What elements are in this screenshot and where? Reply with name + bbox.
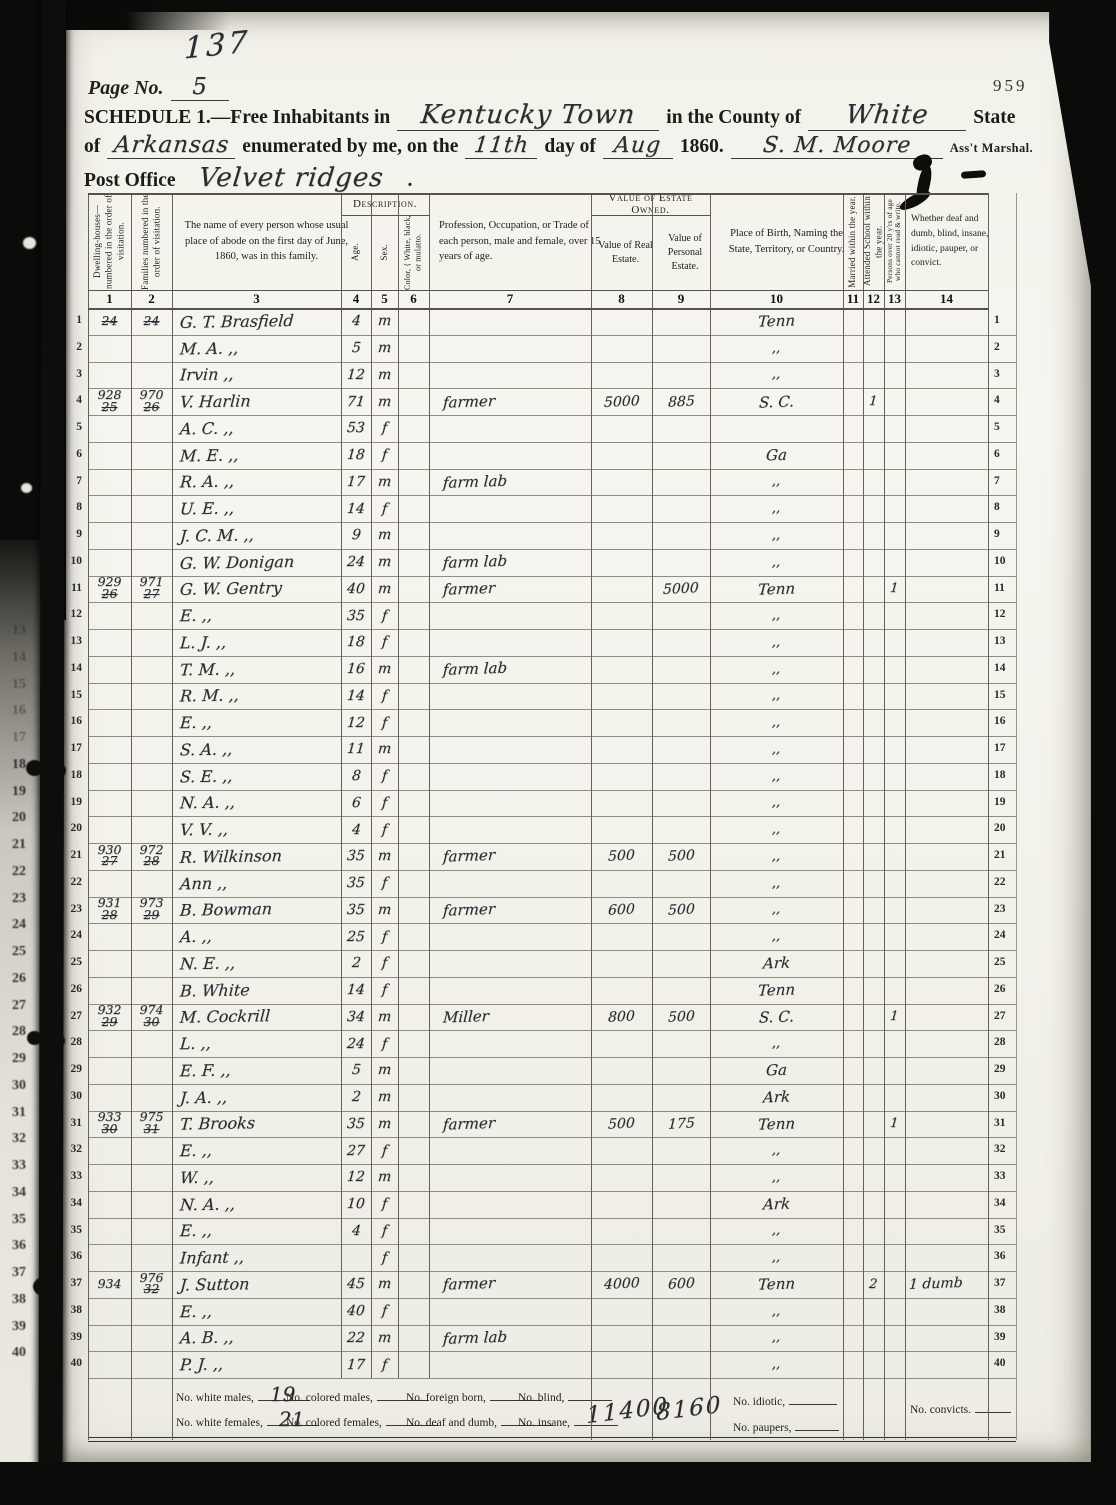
cell-cannot-read [884, 843, 905, 870]
cell-sex: m [371, 736, 398, 763]
cell-personal-estate [652, 522, 710, 549]
cell-age: 25 [341, 923, 371, 950]
grid-vertical-line [905, 193, 906, 1440]
cell-personal-estate [652, 1298, 710, 1325]
cell-age: 12 [341, 1164, 371, 1191]
ghost-row-number: 13 [6, 623, 32, 639]
cell-color [398, 602, 429, 629]
row-number-left: 38 [66, 1304, 82, 1316]
cell-cannot-read [884, 1164, 905, 1191]
post-office-label: Post Office [84, 170, 176, 192]
cell-color [398, 683, 429, 710]
schedule-text-3: State [973, 107, 1015, 129]
cell-sex: m [371, 388, 398, 415]
cell-occupation: farmer [429, 388, 591, 415]
cell-married [843, 1164, 863, 1191]
cell-sex: m [371, 522, 398, 549]
column-number-4: 4 [341, 290, 371, 308]
cell-married [843, 549, 863, 576]
cell-sex: m [371, 362, 398, 389]
row-number-left: 19 [66, 796, 82, 808]
row-number-right: 3 [994, 368, 1016, 380]
cell-dwelling [88, 683, 131, 710]
cell-color [398, 1325, 429, 1352]
cell-personal-estate [652, 629, 710, 656]
cell-dwelling [88, 469, 131, 496]
cell-sex: m [371, 469, 398, 496]
cell-age: 18 [341, 442, 371, 469]
cell-sex: f [371, 977, 398, 1004]
grid-vertical-line [988, 193, 989, 1440]
cell-cannot-read [884, 308, 905, 335]
cell-remarks [905, 656, 988, 683]
cell-dwelling: 93229 [88, 1004, 131, 1031]
cell-occupation [429, 1218, 591, 1245]
row-number-left: 9 [66, 528, 82, 540]
grid-horizontal-line [88, 308, 988, 310]
cell-married [843, 602, 863, 629]
cell-school [863, 415, 884, 442]
cell-married [843, 923, 863, 950]
cell-birthplace: ,, [710, 897, 843, 924]
table-row: 319333097531T. Brooks35mfarmer500175Tenn… [88, 1111, 1016, 1139]
cell-color [398, 442, 429, 469]
cell-cannot-read [884, 816, 905, 843]
cell-sex: m [371, 1084, 398, 1111]
row-number-right: 22 [994, 876, 1016, 888]
cell-dwelling [88, 1244, 131, 1271]
footer-label: No. white males, [176, 1392, 254, 1404]
cell-family [131, 362, 172, 389]
cell-occupation [429, 1164, 591, 1191]
cell-color [398, 843, 429, 870]
cell-sex: m [371, 1271, 398, 1298]
cell-name: G. T. Brasfield [172, 308, 341, 335]
cell-family: 97026 [131, 388, 172, 415]
cell-color [398, 549, 429, 576]
cell-dwelling [88, 362, 131, 389]
column-number-2: 2 [131, 290, 172, 308]
row-number-left: 11 [66, 582, 82, 594]
cell-married [843, 656, 863, 683]
table-row: 119292697127G. W. Gentry40mfarmer5000Ten… [88, 576, 1016, 604]
marshal-title: Ass't Marshal. [950, 141, 1033, 156]
cell-school [863, 683, 884, 710]
cell-cannot-read [884, 602, 905, 629]
cell-married [843, 790, 863, 817]
cell-color [398, 870, 429, 897]
cell-age: 24 [341, 549, 371, 576]
cell-occupation: farm lab [429, 1325, 591, 1352]
ghost-row-number: 17 [6, 730, 32, 746]
cell-school [863, 442, 884, 469]
schedule-text-5: enumerated by me, on the [242, 136, 458, 158]
cell-sex: f [371, 1030, 398, 1057]
cell-school [863, 897, 884, 924]
month-field: Aug [613, 133, 663, 158]
cell-name: J. C. M. ,, [172, 522, 341, 549]
cell-name: M. Cockrill [172, 1004, 341, 1031]
cell-real-estate [591, 1218, 652, 1245]
cell-birthplace: Ga [710, 442, 843, 469]
binder-hole [21, 483, 32, 493]
ghost-row-number: 30 [6, 1078, 32, 1094]
cell-birthplace: ,, [710, 1164, 843, 1191]
cell-age: 35 [341, 843, 371, 870]
footer-label: No. paupers, [733, 1422, 791, 1434]
cell-birthplace: Tenn [710, 977, 843, 1004]
row-number-left: 30 [66, 1090, 82, 1102]
ghost-row-number: 21 [6, 837, 32, 853]
ghost-row-number: 39 [6, 1318, 32, 1334]
cell-name: T. M. ,, [172, 656, 341, 683]
row-number-right: 16 [994, 715, 1016, 727]
column-header-married: Married within the year. [843, 193, 863, 290]
cell-real-estate: 600 [591, 897, 652, 924]
cell-color [398, 897, 429, 924]
cell-family: 97228 [131, 843, 172, 870]
cell-family [131, 335, 172, 362]
cell-remarks [905, 763, 988, 790]
cell-married [843, 388, 863, 415]
cell-name: Irvin ,, [172, 362, 341, 389]
cell-real-estate: 800 [591, 1004, 652, 1031]
cell-personal-estate [652, 549, 710, 576]
cell-age [341, 1244, 371, 1271]
cell-remarks [905, 1244, 988, 1271]
cell-school [863, 656, 884, 683]
cell-color [398, 1084, 429, 1111]
table-row: 22Ann ,,35f,,22 [88, 870, 1016, 898]
column-number-7: 7 [429, 290, 591, 308]
cell-remarks [905, 1111, 988, 1138]
cell-personal-estate [652, 415, 710, 442]
cell-birthplace: ,, [710, 923, 843, 950]
cell-sex: m [371, 1057, 398, 1084]
cell-school [863, 816, 884, 843]
cell-married [843, 1004, 863, 1031]
cell-school [863, 709, 884, 736]
cell-occupation [429, 1191, 591, 1218]
binder-hole [33, 1276, 61, 1297]
row-number-right: 2 [994, 341, 1016, 353]
cell-dwelling [88, 442, 131, 469]
cell-school [863, 870, 884, 897]
cell-real-estate [591, 870, 652, 897]
cell-remarks [905, 1004, 988, 1031]
cell-cannot-read [884, 1271, 905, 1298]
cell-married [843, 495, 863, 522]
grid-vertical-line [1016, 193, 1017, 1440]
cell-birthplace: ,, [710, 843, 843, 870]
page-no-value: 5 [192, 74, 207, 100]
cell-school [863, 1111, 884, 1138]
grid-vertical-line [429, 193, 430, 1378]
cell-remarks [905, 442, 988, 469]
cell-real-estate: 500 [591, 843, 652, 870]
cell-school [863, 469, 884, 496]
cell-remarks [905, 709, 988, 736]
cell-dwelling [88, 816, 131, 843]
cell-name: E. ,, [172, 602, 341, 629]
row-number-right: 12 [994, 608, 1016, 620]
cell-age: 17 [341, 1351, 371, 1378]
cell-school [863, 1057, 884, 1084]
cell-family [131, 923, 172, 950]
cell-birthplace: ,, [710, 522, 843, 549]
cell-cannot-read [884, 763, 905, 790]
column-header-name: The name of every person whose usual pla… [172, 193, 361, 290]
row-number-left: 15 [66, 689, 82, 701]
cell-married [843, 442, 863, 469]
cell-birthplace: ,, [710, 683, 843, 710]
table-row: 32E. ,,27f,,32 [88, 1137, 1016, 1165]
cell-occupation [429, 923, 591, 950]
cell-birthplace [710, 415, 843, 442]
cell-real-estate [591, 549, 652, 576]
row-number-left: 2 [66, 341, 82, 353]
cell-sex: f [371, 923, 398, 950]
cell-personal-estate [652, 1084, 710, 1111]
cell-real-estate [591, 1351, 652, 1378]
cell-married [843, 816, 863, 843]
cell-birthplace: ,, [710, 1137, 843, 1164]
table-row: 10G. W. Donigan24mfarm lab,,10 [88, 549, 1016, 577]
cell-remarks [905, 1218, 988, 1245]
cell-personal-estate [652, 495, 710, 522]
cell-real-estate [591, 1057, 652, 1084]
cell-school [863, 362, 884, 389]
cell-family [131, 1351, 172, 1378]
cell-occupation: farmer [429, 897, 591, 924]
cell-age: 16 [341, 656, 371, 683]
cell-real-estate [591, 1164, 652, 1191]
cell-real-estate: 500 [591, 1111, 652, 1138]
cell-married [843, 1298, 863, 1325]
cell-age: 17 [341, 469, 371, 496]
row-number-left: 37 [66, 1277, 82, 1289]
cell-occupation [429, 1030, 591, 1057]
row-number-left: 17 [66, 742, 82, 754]
cell-birthplace: ,, [710, 1351, 843, 1378]
cell-occupation: farmer [429, 1271, 591, 1298]
cell-color [398, 1298, 429, 1325]
cell-real-estate [591, 1244, 652, 1271]
cell-real-estate: 4000 [591, 1271, 652, 1298]
cell-occupation [429, 335, 591, 362]
cell-sex: f [371, 950, 398, 977]
cell-real-estate [591, 683, 652, 710]
cell-personal-estate: 500 [652, 843, 710, 870]
cell-occupation: farmer [429, 1111, 591, 1138]
cell-married [843, 870, 863, 897]
cell-age: 2 [341, 1084, 371, 1111]
cell-school [863, 1218, 884, 1245]
cell-real-estate [591, 709, 652, 736]
cell-personal-estate [652, 362, 710, 389]
cell-family [131, 870, 172, 897]
cell-school [863, 629, 884, 656]
cell-age: 8 [341, 763, 371, 790]
ghost-row-number: 36 [6, 1238, 32, 1254]
table-row: 13L. J. ,,18f,,13 [88, 629, 1016, 657]
cell-real-estate [591, 495, 652, 522]
cell-dwelling [88, 335, 131, 362]
cell-dwelling [88, 790, 131, 817]
cell-name: B. Bowman [172, 897, 341, 924]
cell-sex: f [371, 602, 398, 629]
table-row: 20V. V. ,,4f,,20 [88, 816, 1016, 844]
cell-occupation [429, 602, 591, 629]
footer-double-rule [88, 1437, 1016, 1442]
cell-married [843, 629, 863, 656]
cell-name: J. A. ,, [172, 1084, 341, 1111]
cell-real-estate [591, 415, 652, 442]
footer-label: No. colored males, [286, 1392, 373, 1404]
cell-dwelling: 93330 [88, 1111, 131, 1138]
marshal-signature: S. M. Moore [761, 133, 912, 158]
grid-vertical-line [843, 193, 844, 1440]
ghost-row-number: 29 [6, 1051, 32, 1067]
grid-vertical-line [341, 193, 342, 1378]
column-number-1: 1 [88, 290, 131, 308]
column-header-birthplace: Place of Birth, Naming the State, Territ… [710, 193, 863, 290]
cell-occupation [429, 362, 591, 389]
ghost-row-number: 25 [6, 944, 32, 960]
cell-married [843, 1084, 863, 1111]
cell-occupation [429, 1298, 591, 1325]
cell-family [131, 1298, 172, 1325]
cell-school [863, 1244, 884, 1271]
column-number-10: 10 [710, 290, 843, 308]
footer-label: No. blind, [518, 1392, 564, 1404]
row-number-right: 14 [994, 662, 1016, 674]
table-row: 7R. A. ,,17mfarm lab,,7 [88, 469, 1016, 497]
ghost-row-number: 18 [6, 757, 32, 773]
cell-married [843, 1111, 863, 1138]
cell-dwelling [88, 1351, 131, 1378]
cell-color [398, 923, 429, 950]
cell-school [863, 977, 884, 1004]
cell-color [398, 1218, 429, 1245]
cell-married [843, 1137, 863, 1164]
cell-age: 11 [341, 736, 371, 763]
cell-real-estate [591, 469, 652, 496]
table-row: 8U. E. ,,14f,,8 [88, 495, 1016, 523]
cell-personal-estate: 885 [652, 388, 710, 415]
cell-sex: f [371, 816, 398, 843]
cell-real-estate [591, 763, 652, 790]
cell-remarks [905, 1325, 988, 1352]
cell-school [863, 308, 884, 335]
cell-remarks [905, 816, 988, 843]
cell-sex: m [371, 335, 398, 362]
cell-age: 71 [341, 388, 371, 415]
ghost-row-number: 32 [6, 1131, 32, 1147]
row-number-right: 38 [994, 1304, 1016, 1316]
cell-occupation: Miller [429, 1004, 591, 1031]
cell-color [398, 629, 429, 656]
cell-occupation [429, 1351, 591, 1378]
cell-school [863, 763, 884, 790]
cell-color [398, 388, 429, 415]
cell-school [863, 335, 884, 362]
cell-cannot-read [884, 495, 905, 522]
cell-name: G. W. Gentry [172, 576, 341, 603]
table-row: 12E. ,,35f,,12 [88, 602, 1016, 630]
row-number-left: 40 [66, 1357, 82, 1369]
cell-sex: m [371, 549, 398, 576]
cell-school [863, 1298, 884, 1325]
cell-family [131, 1057, 172, 1084]
cell-sex: f [371, 629, 398, 656]
schedule-text-1: —Free Inhabitants in [211, 107, 391, 129]
cell-real-estate [591, 335, 652, 362]
row-number-left: 24 [66, 929, 82, 941]
cell-color [398, 362, 429, 389]
day-field: 11th [473, 133, 531, 158]
row-number-right: 36 [994, 1250, 1016, 1262]
ghost-row-number: 22 [6, 864, 32, 880]
cell-remarks [905, 576, 988, 603]
cell-name: E. F. ,, [172, 1057, 341, 1084]
cell-real-estate [591, 1298, 652, 1325]
cell-remarks [905, 923, 988, 950]
cell-color [398, 495, 429, 522]
ghost-row-number: 27 [6, 997, 32, 1013]
cell-dwelling [88, 1084, 131, 1111]
table-row: 30J. A. ,,2mArk30 [88, 1084, 1016, 1112]
row-number-left: 39 [66, 1331, 82, 1343]
cell-real-estate [591, 1191, 652, 1218]
table-row: 26B. White14fTenn26 [88, 977, 1016, 1005]
row-number-right: 7 [994, 475, 1016, 487]
cell-family [131, 1191, 172, 1218]
cell-married [843, 897, 863, 924]
cell-family [131, 1030, 172, 1057]
cell-color [398, 1164, 429, 1191]
table-row: 33W. ,,12m,,33 [88, 1164, 1016, 1192]
table-row: 36Infant ,,f,,36 [88, 1244, 1016, 1272]
cell-family [131, 602, 172, 629]
cell-married [843, 335, 863, 362]
cell-dwelling [88, 763, 131, 790]
cell-remarks [905, 1351, 988, 1378]
footer-item: No. idiotic, [733, 1396, 837, 1408]
cell-age: 14 [341, 683, 371, 710]
cell-birthplace: ,, [710, 335, 843, 362]
cell-color [398, 763, 429, 790]
cell-dwelling [88, 736, 131, 763]
row-number-left: 26 [66, 983, 82, 995]
cell-real-estate [591, 950, 652, 977]
cell-age: 35 [341, 1111, 371, 1138]
cell-married [843, 308, 863, 335]
column-header-personal-estate: Value of Personal Estate. [652, 215, 718, 290]
cell-birthplace: S. C. [710, 1004, 843, 1031]
cell-family [131, 950, 172, 977]
cell-school [863, 1030, 884, 1057]
cell-family [131, 977, 172, 1004]
cell-personal-estate [652, 923, 710, 950]
cell-sex: m [371, 897, 398, 924]
column-header-real-estate: Value of Real Estate. [591, 215, 660, 290]
cell-color [398, 709, 429, 736]
cell-name: T. Brooks [172, 1111, 341, 1138]
schedule-text-2: in the County of [666, 107, 801, 129]
cell-married [843, 1191, 863, 1218]
ghost-row-number: 23 [6, 890, 32, 906]
